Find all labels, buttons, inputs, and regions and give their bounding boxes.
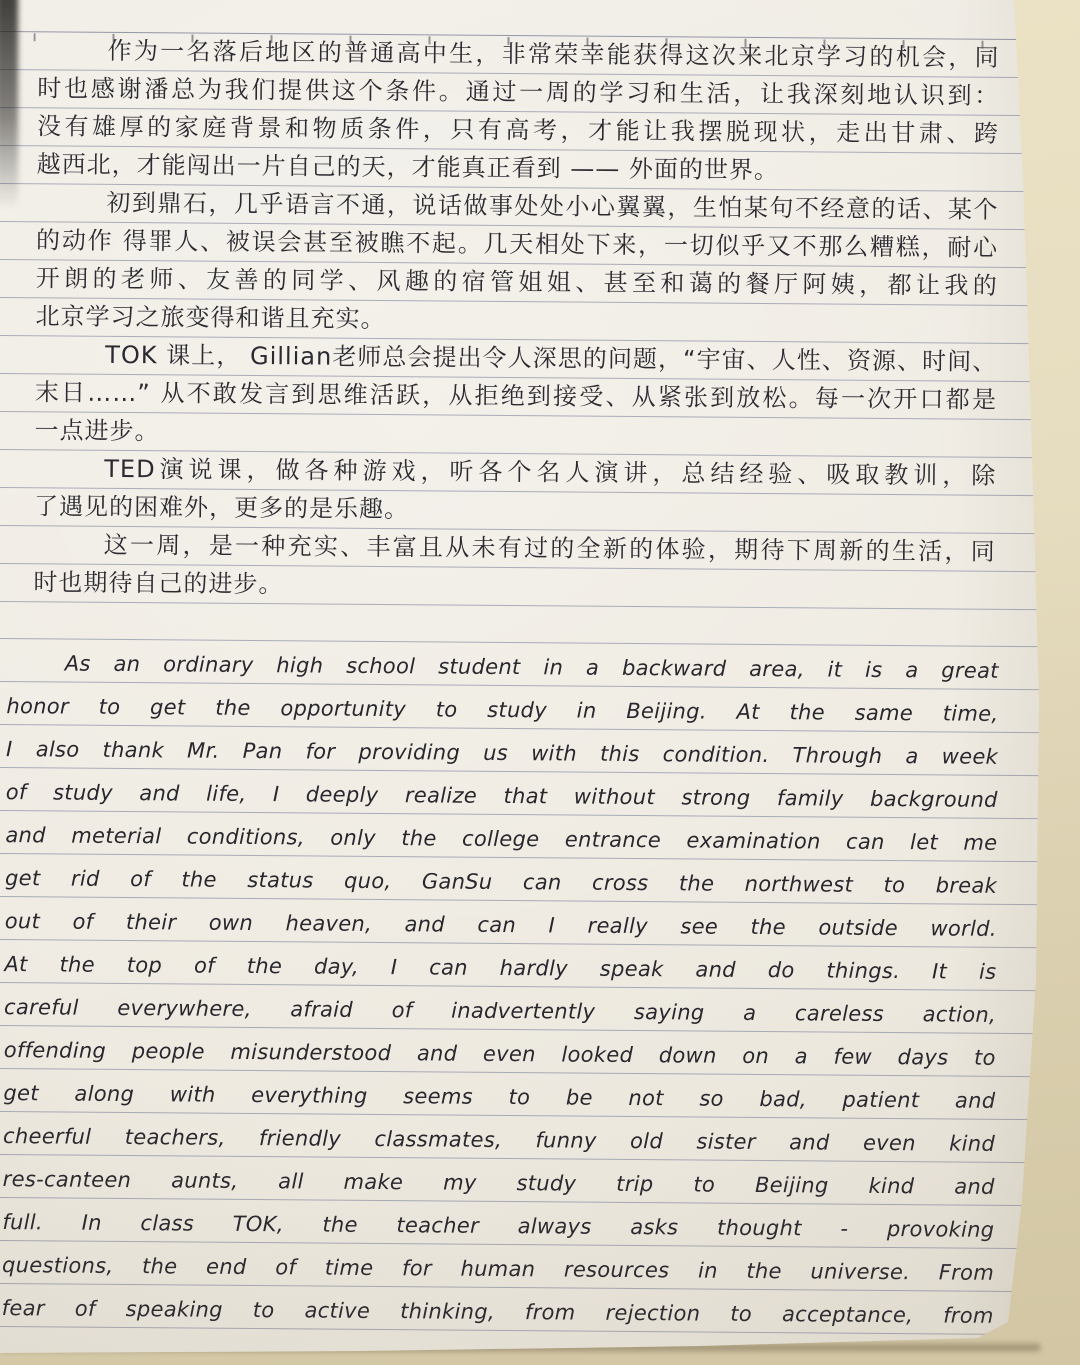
notebook-photo: 作为一名落后地区的普通高中生，非常荣幸能获得这次来北京学习的机会，同 时也感谢潘…: [0, 0, 1080, 1365]
ruled-content: 作为一名落后地区的普通高中生，非常荣幸能获得这次来北京学习的机会，同 时也感谢潘…: [0, 0, 1046, 1335]
corner-shadow: [0, 0, 18, 209]
notebook-page: 作为一名落后地区的普通高中生，非常荣幸能获得这次来北京学习的机会，同 时也感谢潘…: [0, 0, 1080, 1365]
en-line: fear of speaking to active thinking, fro…: [0, 1284, 1036, 1335]
